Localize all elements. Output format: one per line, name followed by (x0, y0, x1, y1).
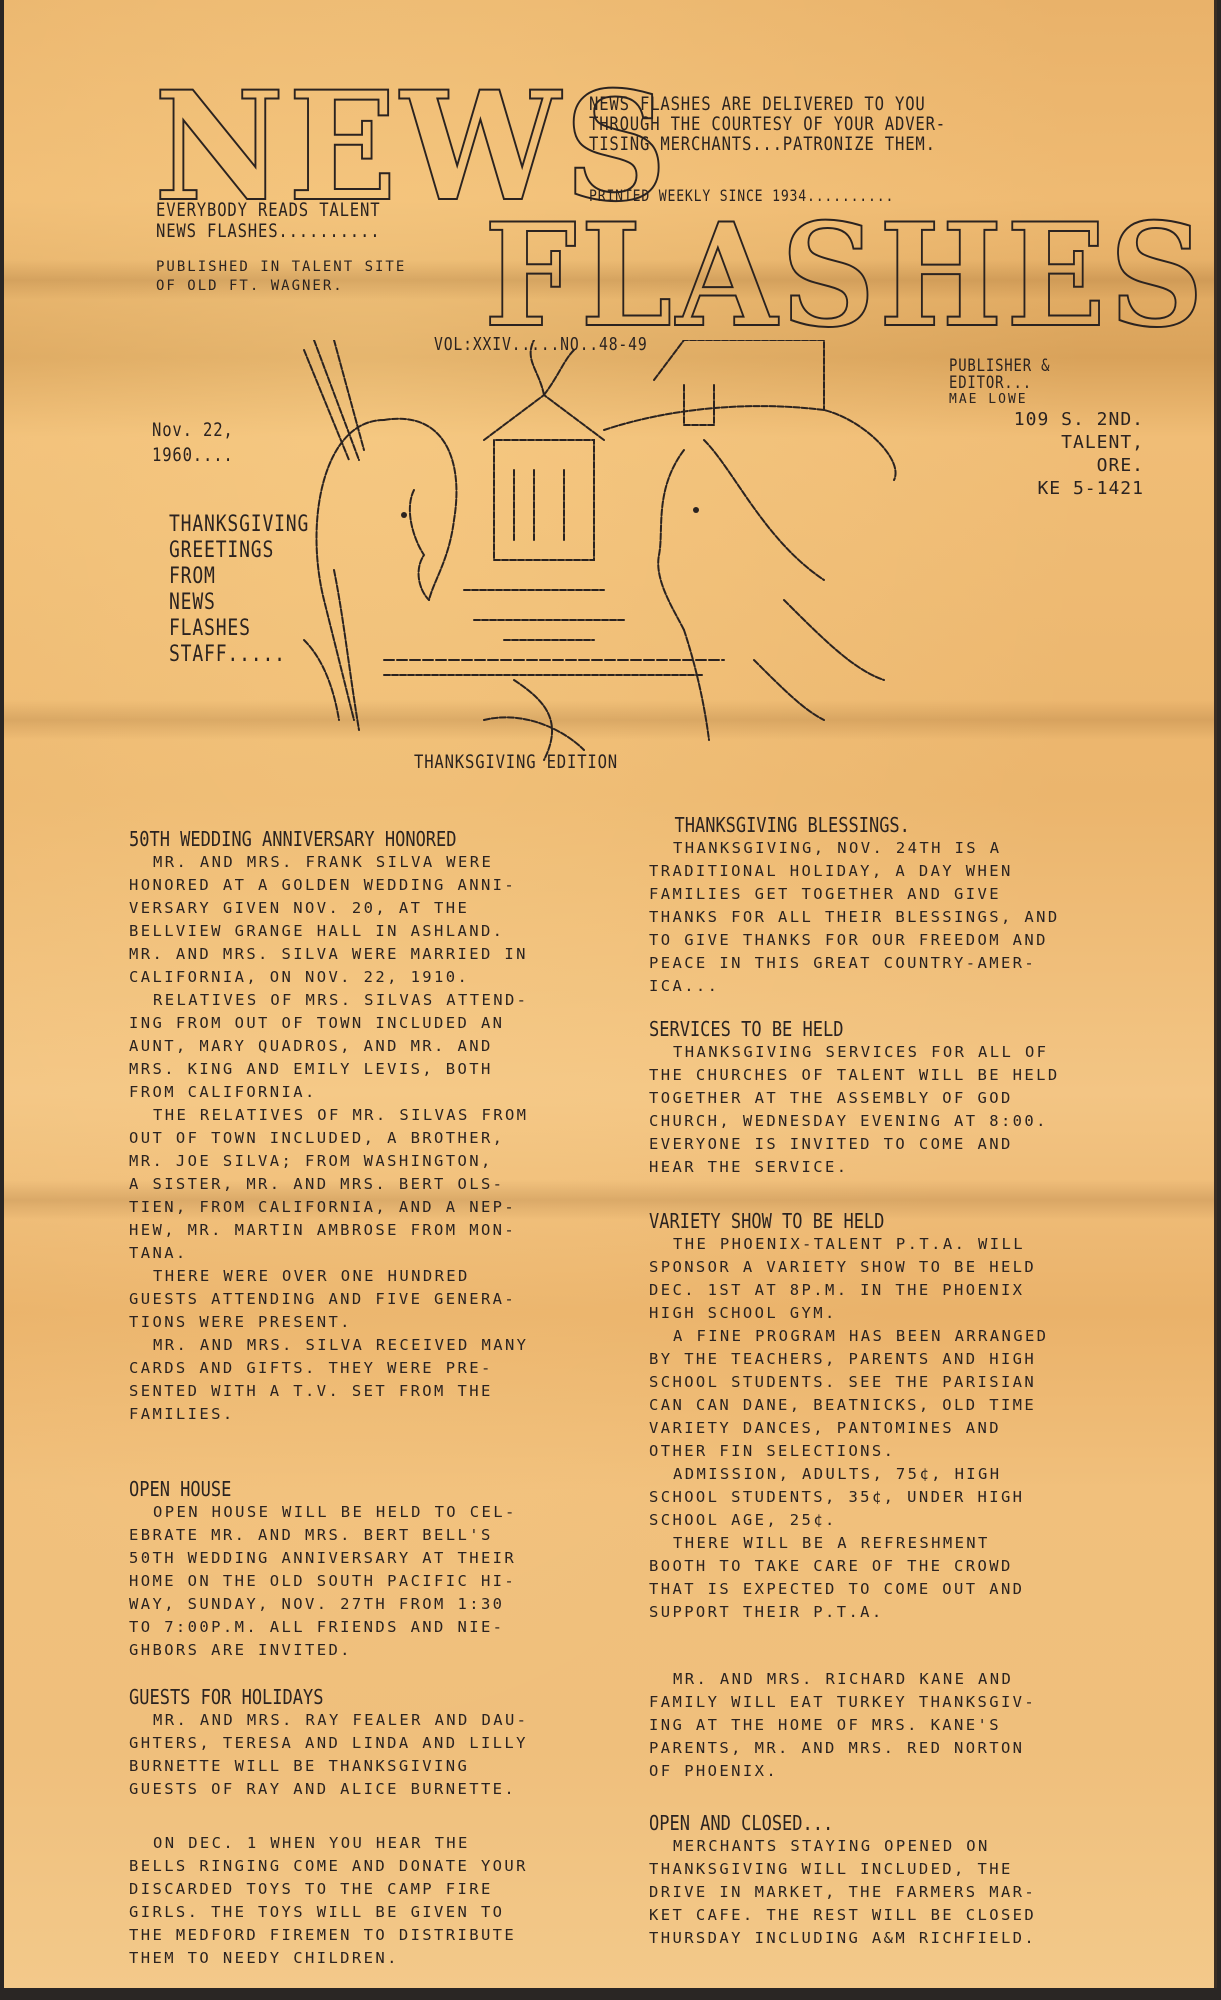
article-paragraph: Relatives of Mrs. Silvas attend- ing fro… (129, 989, 649, 1104)
article-headline: OPEN HOUSE (129, 1478, 571, 1501)
article-paragraph: Mr. and Mrs. Ray Fealer and dau- ghters,… (129, 1709, 649, 1801)
courtesy-note: NEWS FLASHES ARE DELIVERED TO YOU THROUG… (589, 94, 946, 154)
masthead-title-flashes: FLASHES (484, 205, 1207, 347)
article-paragraph: There will be a refreshment booth to tak… (649, 1532, 1169, 1624)
article-guests-for-holidays: GUESTS FOR HOLIDAYS Mr. and Mrs. Ray Fea… (129, 1686, 649, 1801)
article-headline: VARIETY SHOW TO BE HELD (649, 1210, 1091, 1233)
article-paragraph: Admission, adults, 75¢, high school stud… (649, 1463, 1169, 1532)
article-paragraph: On Dec. 1 when you hear the bells ringin… (129, 1832, 649, 1970)
article-headline: GUESTS FOR HOLIDAYS (129, 1686, 571, 1709)
article-paragraph: Mr. and Mrs. Frank Silva were honored at… (129, 851, 649, 989)
everybody-reads: EVERYBODY READS TALENT NEWS FLASHES.....… (156, 200, 380, 242)
published-in: PUBLISHED IN TALENT SITE OF OLD FT. WAGN… (156, 258, 406, 296)
article-paragraph: The relatives of Mr. Silvas from out of … (129, 1104, 649, 1265)
article-thanksgiving-blessings: THANKSGIVING BLESSINGS. Thanksgiving, No… (649, 814, 1169, 998)
article-anniversary: 50TH WEDDING ANNIVERSARY HONORED Mr. and… (129, 828, 649, 1426)
article-paragraph: The Phoenix-Talent P.T.A. will sponsor a… (649, 1233, 1169, 1325)
publisher-name: MAE LOWE (949, 392, 1144, 408)
article-paragraph: Open House will be held to cel- ebrate M… (129, 1501, 649, 1662)
article-services: SERVICES TO BE HELD Thanksgiving service… (649, 1018, 1169, 1179)
article-kane-family: Mr. and Mrs. Richard Kane and family wil… (649, 1668, 1169, 1783)
article-headline: SERVICES TO BE HELD (649, 1018, 1091, 1041)
printed-since: PRINTED WEEKLY SINCE 1934.......... (589, 186, 894, 206)
publisher-label: PUBLISHER & EDITOR... (949, 358, 1109, 392)
article-paragraph: There were over one hundred guests atten… (129, 1265, 649, 1334)
issue-date: Nov. 22, 1960.... (152, 418, 234, 468)
thanksgiving-illustration (264, 340, 904, 780)
newspaper-page: NEWS FLASHES NEWS FLASHES ARE DELIVERED … (4, 0, 1217, 1988)
article-variety-show: VARIETY SHOW TO BE HELD The Phoenix-Tale… (649, 1210, 1169, 1624)
edition-label: THANKSGIVING EDITION (414, 752, 618, 772)
article-headline: THANKSGIVING BLESSINGS. (649, 814, 1091, 837)
publisher-address: 109 S. 2ND. TALENT, ORE. KE 5-1421 (949, 408, 1144, 500)
article-toy-drive: On Dec. 1 when you hear the bells ringin… (129, 1832, 649, 1970)
publisher-info: PUBLISHER & EDITOR... MAE LOWE 109 S. 2N… (949, 358, 1144, 500)
article-headline: 50TH WEDDING ANNIVERSARY HONORED (129, 828, 571, 851)
article-headline: OPEN AND CLOSED... (649, 1812, 1091, 1835)
article-paragraph: Merchants staying opened on Thanksgiving… (649, 1835, 1169, 1950)
article-open-house: OPEN HOUSE Open House will be held to ce… (129, 1478, 649, 1662)
article-paragraph: Mr. and Mrs. Richard Kane and family wil… (649, 1668, 1169, 1783)
article-open-and-closed: OPEN AND CLOSED... Merchants staying ope… (649, 1812, 1169, 1950)
article-paragraph: Thanksgiving services for all of the Chu… (649, 1041, 1169, 1179)
article-paragraph: Mr. and Mrs. Silva received many cards a… (129, 1334, 649, 1426)
article-paragraph: Thanksgiving, Nov. 24th is a traditional… (649, 837, 1169, 998)
article-paragraph: A fine program has been arranged by the … (649, 1325, 1169, 1463)
